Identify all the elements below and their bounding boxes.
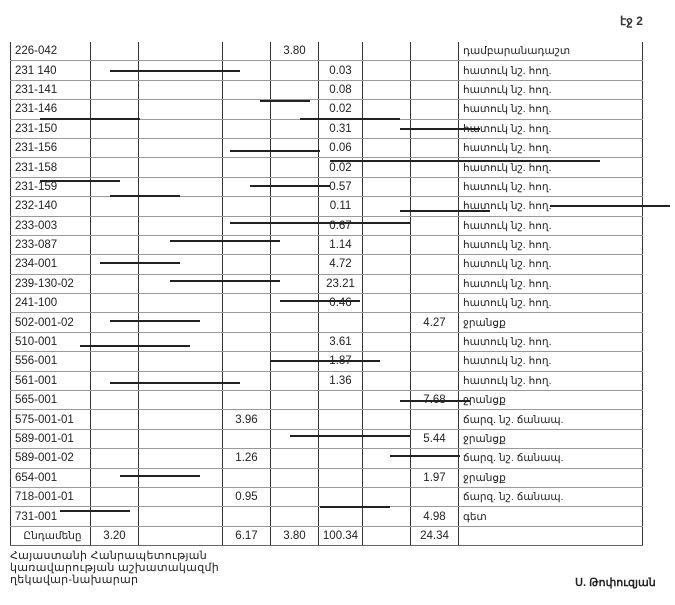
table-row: 589-001-015.44ջրանցք	[11, 429, 643, 448]
parcel-code-cell: 510-001	[11, 332, 91, 351]
area-cell	[411, 487, 459, 506]
land-type-cell: հատուկ նշ. հող.	[459, 61, 643, 80]
area-cell	[411, 410, 459, 429]
area-cell	[271, 468, 319, 487]
scan-artifact-line	[250, 185, 330, 187]
area-cell: 0.02	[319, 100, 363, 119]
area-cell	[139, 487, 223, 506]
land-type-cell: գետ	[459, 507, 643, 526]
area-cell	[91, 313, 139, 332]
area-cell	[223, 80, 271, 99]
area-cell	[411, 42, 459, 61]
land-type-cell: հատուկ նշ. հող.	[459, 332, 643, 351]
area-cell	[139, 197, 223, 216]
parcel-code-cell: 565-001	[11, 391, 91, 410]
area-cell	[139, 119, 223, 138]
land-type-cell: ջրանցք	[459, 468, 643, 487]
area-cell	[271, 216, 319, 235]
area-cell	[363, 332, 411, 351]
area-cell	[363, 235, 411, 254]
area-cell	[91, 100, 139, 119]
area-cell	[139, 410, 223, 429]
area-cell	[223, 42, 271, 61]
area-cell	[91, 410, 139, 429]
parcel-code-cell: 231-146	[11, 100, 91, 119]
table-row: 510-0013.61հատուկ նշ. հող.	[11, 332, 643, 351]
total-cell	[363, 526, 411, 545]
area-cell: 1.26	[223, 449, 271, 468]
area-cell	[223, 429, 271, 448]
area-cell	[223, 235, 271, 254]
area-cell	[91, 332, 139, 351]
table-row: 231 1400.03հատուկ նշ. հող.	[11, 61, 643, 80]
area-cell	[363, 255, 411, 274]
table-row: 231-1460.02հատուկ նշ. հող.	[11, 100, 643, 119]
area-cell: 23.21	[319, 274, 363, 293]
area-cell: 3.61	[319, 332, 363, 351]
area-cell: 0.95	[223, 487, 271, 506]
area-cell	[223, 274, 271, 293]
table-row: 239-130-0223.21հատուկ նշ. հող.	[11, 274, 643, 293]
area-cell	[319, 410, 363, 429]
scan-artifact-line	[170, 240, 280, 242]
area-cell	[223, 138, 271, 157]
table-row: 226-0423.80դամբարանադաշտ	[11, 42, 643, 61]
area-cell	[411, 294, 459, 313]
area-cell: 4.98	[411, 507, 459, 526]
table-row: 575-001-013.96ճարզ. նշ. ճանապ.	[11, 410, 643, 429]
scan-artifact-line	[300, 118, 400, 120]
table-row: 231-1410.08հատուկ նշ. հող.	[11, 80, 643, 99]
area-cell	[139, 138, 223, 157]
area-cell	[223, 313, 271, 332]
area-cell	[271, 313, 319, 332]
total-row: Ընդամենը3.206.173.80100.3424.34	[11, 526, 643, 545]
land-type-cell: ճարզ. նշ. ճանապ.	[459, 449, 643, 468]
area-cell	[363, 216, 411, 235]
scan-artifact-line	[80, 345, 190, 347]
area-cell	[91, 119, 139, 138]
area-cell	[363, 274, 411, 293]
area-cell	[411, 177, 459, 196]
table-row: 234-0014.72հատուկ նշ. հող.	[11, 255, 643, 274]
parcel-code-cell: 231-141	[11, 80, 91, 99]
table-row: 231-1500.31հատուկ նշ. հող.	[11, 119, 643, 138]
table-row: 589-001-021.26ճարզ. նշ. ճանապ.	[11, 449, 643, 468]
area-cell	[271, 410, 319, 429]
area-cell	[139, 177, 223, 196]
table-row: 231-1560.06հատուկ նշ. հող.	[11, 138, 643, 157]
area-cell: 1.36	[319, 371, 363, 390]
area-cell: 4.27	[411, 313, 459, 332]
scan-artifact-line	[550, 205, 670, 207]
area-cell	[139, 313, 223, 332]
table-row: 654-0011.97ջրանցք	[11, 468, 643, 487]
table-row: 232-1400.11հատուկ նշ. հող.	[11, 197, 643, 216]
signatory-title-line: կառավարության աշխատակազմի	[10, 562, 219, 574]
area-cell	[319, 468, 363, 487]
parcel-code-cell: 589-001-01	[11, 429, 91, 448]
area-cell	[223, 371, 271, 390]
area-cell	[139, 391, 223, 410]
area-cell	[319, 42, 363, 61]
area-cell	[271, 235, 319, 254]
area-cell	[319, 449, 363, 468]
area-cell	[139, 158, 223, 177]
area-cell	[319, 313, 363, 332]
land-type-cell: ջրանցք	[459, 391, 643, 410]
area-cell	[139, 332, 223, 351]
area-cell	[411, 255, 459, 274]
land-type-cell: ջրանցք	[459, 429, 643, 448]
area-cell: 0.06	[319, 138, 363, 157]
scan-artifact-line	[400, 210, 490, 212]
area-cell	[363, 313, 411, 332]
parcel-code-cell: 718-001-01	[11, 487, 91, 506]
total-cell: 6.17	[223, 526, 271, 545]
land-type-cell: հատուկ նշ. հող.	[459, 119, 643, 138]
area-cell	[223, 255, 271, 274]
scan-artifact-line	[400, 128, 480, 130]
land-type-cell: հատուկ նշ. հող.	[459, 371, 643, 390]
scan-artifact-line	[230, 150, 320, 152]
area-cell	[139, 42, 223, 61]
scan-artifact-line	[40, 180, 120, 182]
area-cell	[411, 449, 459, 468]
scan-artifact-line	[170, 280, 280, 282]
land-type-cell: ճարզ. նշ. ճանապ.	[459, 487, 643, 506]
area-cell	[411, 80, 459, 99]
area-cell	[139, 352, 223, 371]
area-cell: 0.46	[319, 294, 363, 313]
total-cell: 3.20	[91, 526, 139, 545]
parcel-code-cell: 502-001-02	[11, 313, 91, 332]
area-cell	[363, 410, 411, 429]
scan-artifact-line	[270, 360, 380, 362]
area-cell: 4.72	[319, 255, 363, 274]
area-cell	[411, 138, 459, 157]
area-cell: 1.14	[319, 235, 363, 254]
area-cell	[271, 274, 319, 293]
scan-artifact-line	[290, 435, 410, 437]
signatory-title-line: ղեկավար-նախարար	[10, 574, 219, 586]
area-cell	[363, 371, 411, 390]
land-type-cell: հատուկ նշ. հող.	[459, 216, 643, 235]
parcel-code-cell: 241-100	[11, 294, 91, 313]
area-cell	[271, 158, 319, 177]
area-cell	[363, 429, 411, 448]
area-cell	[271, 449, 319, 468]
area-cell: 5.44	[411, 429, 459, 448]
area-cell	[91, 255, 139, 274]
area-cell	[363, 61, 411, 80]
area-cell	[363, 80, 411, 99]
area-cell	[139, 294, 223, 313]
area-cell	[91, 487, 139, 506]
area-cell	[223, 100, 271, 119]
area-cell	[223, 216, 271, 235]
area-cell	[91, 391, 139, 410]
land-type-cell: հատուկ նշ. հող.	[459, 138, 643, 157]
parcel-code-cell: 226-042	[11, 42, 91, 61]
parcel-code-cell: 556-001	[11, 352, 91, 371]
scan-artifact-line	[110, 195, 180, 197]
parcel-code-cell: 231-158	[11, 158, 91, 177]
land-type-cell: հատուկ նշ. հող.	[459, 294, 643, 313]
area-cell	[91, 352, 139, 371]
parcel-code-cell: 561-001	[11, 371, 91, 390]
signatory-name: Ս. Թոփուզյան	[575, 576, 656, 589]
total-cell	[139, 526, 223, 545]
area-cell	[223, 352, 271, 371]
area-cell	[363, 487, 411, 506]
area-cell	[271, 61, 319, 80]
area-cell	[223, 119, 271, 138]
area-cell	[91, 429, 139, 448]
table-row: 241-1000.46հատուկ նշ. հող.	[11, 294, 643, 313]
area-cell	[271, 507, 319, 526]
area-cell	[363, 138, 411, 157]
area-cell	[363, 42, 411, 61]
area-cell	[139, 449, 223, 468]
area-cell	[363, 468, 411, 487]
parcel-code-cell: 231-156	[11, 138, 91, 157]
area-cell	[411, 216, 459, 235]
area-cell	[91, 468, 139, 487]
area-cell	[411, 100, 459, 119]
scan-artifact-line	[110, 320, 200, 322]
scan-artifact-line	[230, 222, 410, 224]
area-cell	[91, 42, 139, 61]
area-cell: 0.31	[319, 119, 363, 138]
area-cell	[271, 294, 319, 313]
area-cell	[223, 158, 271, 177]
signatory-title: Հայաստանի Հանրապետության կառավարության ա…	[10, 550, 219, 586]
area-cell	[319, 429, 363, 448]
area-cell	[91, 294, 139, 313]
table-row: 233-0871.14հատուկ նշ. հող.	[11, 235, 643, 254]
area-cell	[271, 371, 319, 390]
land-type-cell: հատուկ նշ. հող.	[459, 255, 643, 274]
land-type-cell: հատուկ նշ. հող.	[459, 352, 643, 371]
parcel-code-cell: 234-001	[11, 255, 91, 274]
area-cell	[271, 391, 319, 410]
area-cell	[411, 352, 459, 371]
scan-artifact-line	[40, 118, 140, 120]
area-cell	[411, 235, 459, 254]
scan-artifact-line	[280, 300, 360, 302]
area-cell: 3.80	[271, 42, 319, 61]
area-cell	[411, 61, 459, 80]
area-cell	[319, 487, 363, 506]
land-type-cell: ճարզ. նշ. ճանապ.	[459, 410, 643, 429]
land-type-cell: հատուկ նշ. հող.	[459, 274, 643, 293]
area-cell: 0.11	[319, 197, 363, 216]
area-cell	[411, 371, 459, 390]
area-cell	[139, 507, 223, 526]
parcel-code-cell: 233-003	[11, 216, 91, 235]
area-cell: 0.03	[319, 61, 363, 80]
scan-artifact-line	[320, 506, 390, 508]
area-cell	[363, 177, 411, 196]
area-cell	[139, 235, 223, 254]
area-cell	[91, 274, 139, 293]
area-cell	[139, 468, 223, 487]
area-cell	[223, 197, 271, 216]
area-cell	[363, 449, 411, 468]
area-cell	[271, 332, 319, 351]
scan-artifact-line	[400, 400, 470, 402]
area-cell	[223, 391, 271, 410]
table-row: 502-001-024.27ջրանցք	[11, 313, 643, 332]
scan-artifact-line	[390, 455, 460, 457]
area-cell	[271, 80, 319, 99]
area-cell	[319, 391, 363, 410]
area-cell	[411, 197, 459, 216]
area-cell	[91, 235, 139, 254]
area-cell	[363, 100, 411, 119]
area-cell	[91, 158, 139, 177]
area-cell	[411, 332, 459, 351]
area-cell	[91, 197, 139, 216]
scan-artifact-line	[110, 382, 240, 384]
area-cell	[363, 507, 411, 526]
area-cell	[139, 371, 223, 390]
total-cell: 3.80	[271, 526, 319, 545]
area-cell	[139, 80, 223, 99]
area-cell: 1.97	[411, 468, 459, 487]
page-number: էջ 2	[620, 14, 643, 28]
scan-artifact-line	[60, 510, 130, 512]
area-cell	[139, 429, 223, 448]
area-cell	[139, 100, 223, 119]
parcel-code-cell: 231 140	[11, 61, 91, 80]
area-cell	[411, 274, 459, 293]
parcel-code-cell: 589-001-02	[11, 449, 91, 468]
area-cell	[223, 332, 271, 351]
area-cell	[139, 274, 223, 293]
area-cell	[271, 429, 319, 448]
parcel-code-cell: 239-130-02	[11, 274, 91, 293]
scan-artifact-line	[120, 475, 200, 477]
area-cell	[271, 119, 319, 138]
signatory-title-line: Հայաստանի Հանրապետության	[10, 550, 219, 562]
area-cell	[271, 100, 319, 119]
area-cell	[91, 449, 139, 468]
table-row: 718-001-010.95ճարզ. նշ. ճանապ.	[11, 487, 643, 506]
scan-artifact-line	[110, 70, 240, 72]
area-cell	[271, 487, 319, 506]
parcel-code-cell: 232-140	[11, 197, 91, 216]
land-type-cell: հատուկ նշ. հող.	[459, 80, 643, 99]
area-cell	[91, 216, 139, 235]
scan-artifact-line	[100, 262, 180, 264]
area-cell	[319, 507, 363, 526]
parcel-code-cell: 654-001	[11, 468, 91, 487]
parcel-code-cell: 575-001-01	[11, 410, 91, 429]
area-cell	[223, 507, 271, 526]
area-cell	[271, 255, 319, 274]
parcel-code-cell: 233-087	[11, 235, 91, 254]
area-cell	[91, 138, 139, 157]
area-cell	[223, 294, 271, 313]
parcel-code-cell: 231-150	[11, 119, 91, 138]
land-type-cell: հատուկ նշ. հող.	[459, 177, 643, 196]
land-type-cell: հատուկ նշ. հող.	[459, 100, 643, 119]
scan-artifact-line	[400, 160, 600, 162]
area-cell	[271, 197, 319, 216]
scan-artifact-line	[260, 100, 310, 102]
land-type-cell: ջրանցք	[459, 313, 643, 332]
area-cell	[363, 294, 411, 313]
area-cell: 3.96	[223, 410, 271, 429]
total-cell: 100.34	[319, 526, 363, 545]
table-row: 233-0030.67հատուկ նշ. հող.	[11, 216, 643, 235]
total-cell: 24.34	[411, 526, 459, 545]
table-row: 565-0017.68ջրանցք	[11, 391, 643, 410]
total-label: Ընդամենը	[11, 526, 91, 545]
area-cell	[91, 80, 139, 99]
area-cell	[139, 216, 223, 235]
area-cell	[91, 371, 139, 390]
area-cell: 0.67	[319, 216, 363, 235]
table-row: 561-0011.36հատուկ նշ. հող.	[11, 371, 643, 390]
area-cell	[363, 197, 411, 216]
area-cell: 0.08	[319, 80, 363, 99]
land-type-cell: հատուկ նշ. հող.	[459, 235, 643, 254]
area-cell	[223, 468, 271, 487]
total-cell	[459, 526, 643, 545]
area-cell	[139, 255, 223, 274]
land-type-cell: դամբարանադաշտ	[459, 42, 643, 61]
area-cell	[271, 138, 319, 157]
